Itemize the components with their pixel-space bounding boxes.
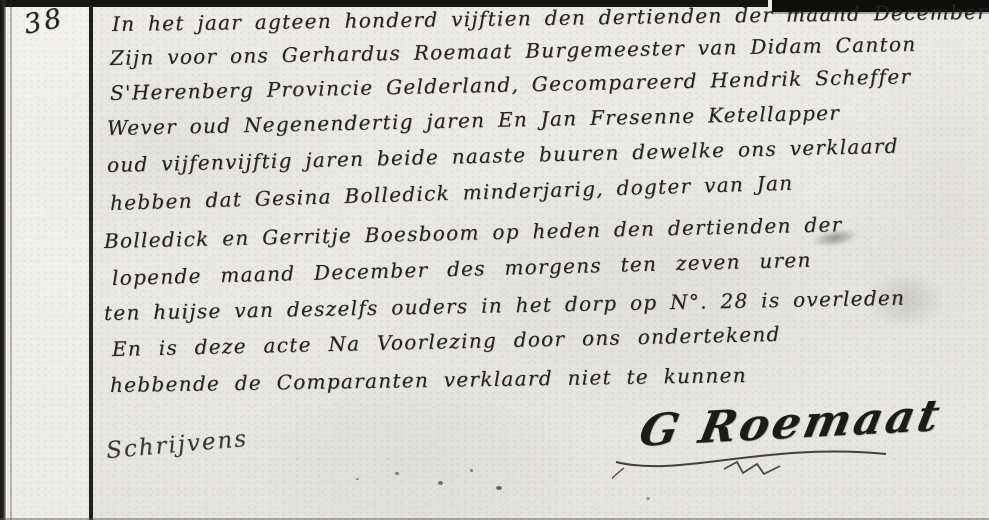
record-line-4: Wever oud Negenendertig jaren En Jan Fre… <box>107 101 841 140</box>
ink-speck <box>496 486 502 490</box>
record-line-3: S'Herenberg Provincie Gelderland, Gecomp… <box>110 64 912 105</box>
record-line-11: hebbende de Comparanten verklaard niet t… <box>110 363 747 397</box>
margin-column <box>6 7 89 520</box>
record-line-7: Bolledick en Gerritje Boesboom op heden … <box>104 212 843 253</box>
ink-speck <box>356 478 359 480</box>
ink-speck <box>470 469 473 472</box>
record-line-6: hebben dat Gesina Bolledick minderjarig,… <box>110 171 794 215</box>
ink-speck <box>395 472 399 475</box>
record-line-8: lopende maand December des morgens ten z… <box>112 248 812 290</box>
margin-rule <box>89 5 93 520</box>
page-left-edge <box>0 0 6 520</box>
manuscript-page: 38 In het jaar agteen honderd vijftien d… <box>0 0 989 520</box>
record-line-9: ten huijse van deszelfs ouders in het do… <box>104 286 906 325</box>
record-line-2: Zijn voor ons Gerhardus Roemaat Burgemee… <box>110 32 917 70</box>
ink-speck <box>438 481 443 485</box>
paper-stain <box>866 270 946 330</box>
page-left-fold-line <box>10 0 12 520</box>
ink-speck <box>646 497 650 500</box>
record-line-10: En is deze acte Na Voorlezing door ons o… <box>112 322 781 361</box>
signature-flourish <box>612 438 892 484</box>
clerk-closing-word: Schrijvens <box>105 426 249 464</box>
